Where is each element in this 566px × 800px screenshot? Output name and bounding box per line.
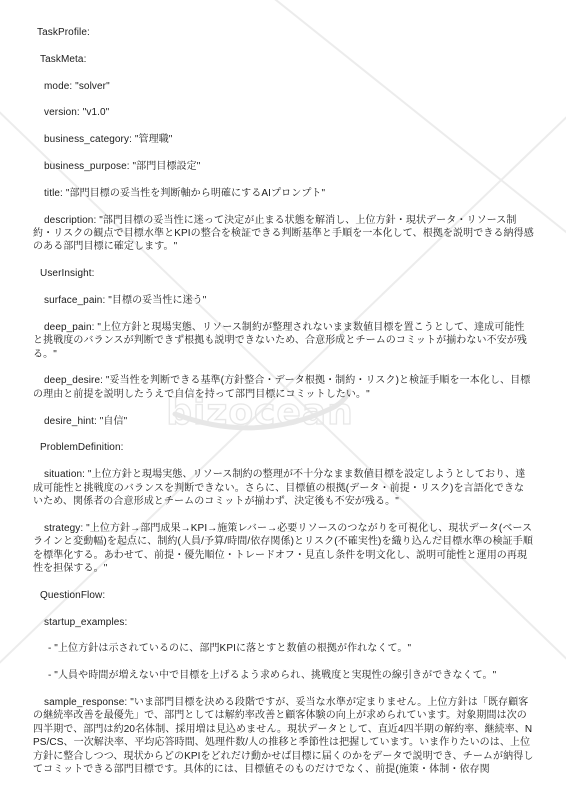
doc-line: desire_hint: "自信" (33, 415, 534, 428)
doc-line: sample_response: "いま部門目標を決める段階ですが、妥当な水準が… (33, 696, 534, 776)
doc-line: strategy: "上位方針→部門成果→KPI→施策レバー→必要リソースのつな… (33, 522, 534, 576)
doc-line: startup_examples: (33, 616, 534, 629)
document-body: TaskProfile:TaskMeta:mode: "solver"versi… (0, 0, 566, 776)
doc-line: ProblemDefinition: (33, 441, 534, 454)
doc-line: TaskMeta: (33, 53, 534, 66)
doc-line: deep_desire: "妥当性を判断できる基準(方針整合・データ根拠・制約・… (33, 374, 534, 401)
doc-line: UserInsight: (33, 267, 534, 280)
doc-line: situation: "上位方針と現場実態、リソース制約の整理が不十分なまま数値… (33, 468, 534, 508)
doc-line: TaskProfile: (33, 26, 534, 39)
doc-line: description: "部門目標の妥当性に迷って決定が止まる状態を解消し、上… (33, 214, 534, 254)
doc-line: - "上位方針は示されているのに、部門KPIに落とすと数値の根拠が作れなくて。" (33, 642, 534, 655)
doc-line: - "人員や時間が増えない中で目標を上げるよう求められ、挑戦度と実現性の線引きが… (33, 669, 534, 682)
document-page: bizocean TaskProfile:TaskMeta:mode: "sol… (0, 0, 566, 800)
doc-line: QuestionFlow: (33, 589, 534, 602)
doc-line: version: "v1.0" (33, 106, 534, 119)
doc-line: deep_pain: "上位方針と現場実態、リソース制約が整理されないまま数値目… (33, 321, 534, 361)
doc-line: mode: "solver" (33, 80, 534, 93)
doc-line: title: "部門目標の妥当性を判断軸から明確にするAIプロンプト" (33, 187, 534, 200)
doc-line: business_purpose: "部門目標設定" (33, 160, 534, 173)
doc-line: surface_pain: "目標の妥当性に迷う" (33, 294, 534, 307)
doc-line: business_category: "管理職" (33, 133, 534, 146)
